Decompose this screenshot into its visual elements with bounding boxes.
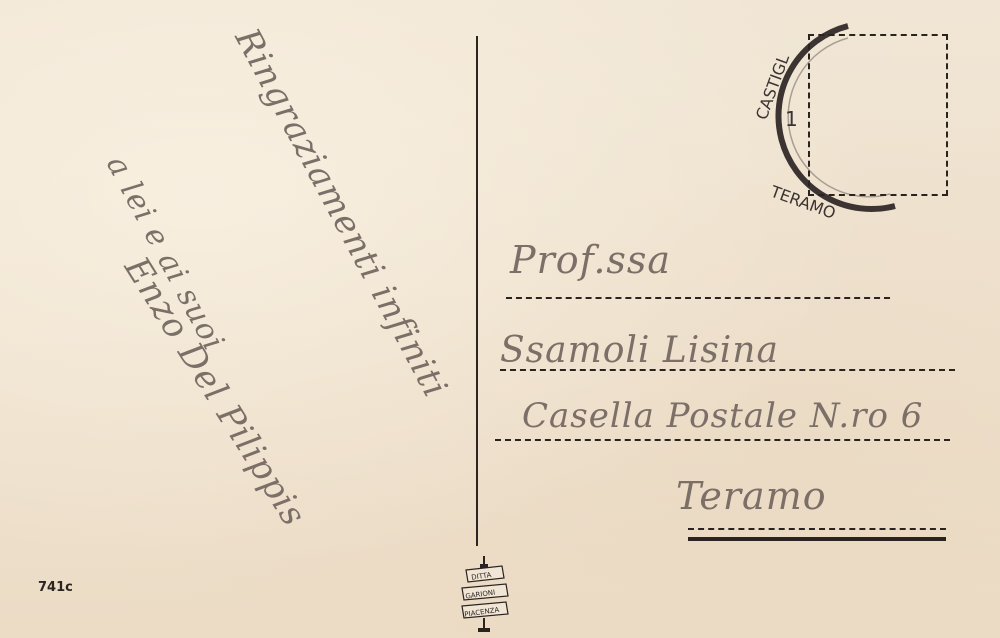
- address-line-3: Casella Postale N.ro 6: [522, 396, 923, 436]
- stamp-area: [808, 34, 948, 196]
- address-rule-3: [495, 439, 950, 441]
- address-rule-1: [506, 297, 890, 299]
- address-rule-solid: [688, 537, 946, 541]
- message-line-2: Ringraziamenti infiniti: [227, 22, 456, 404]
- address-line-4: Teramo: [676, 474, 827, 518]
- address-line-2: Ssamoli Lisina: [500, 330, 779, 371]
- address-line-1: Prof.ssa: [510, 238, 671, 282]
- postcard-back: a lei e ai suoi Ringraziamenti infiniti …: [0, 0, 1000, 638]
- address-rule-4: [688, 528, 946, 530]
- center-divider: [476, 36, 478, 546]
- message-signature: Enzo Del Pilippis: [116, 250, 314, 534]
- printer-mark-icon: DITTA GARIONI PIACENZA: [456, 556, 512, 634]
- catalog-number: 741c: [38, 580, 73, 595]
- address-rule-2: [500, 369, 955, 371]
- postmark-center: 1: [785, 107, 798, 131]
